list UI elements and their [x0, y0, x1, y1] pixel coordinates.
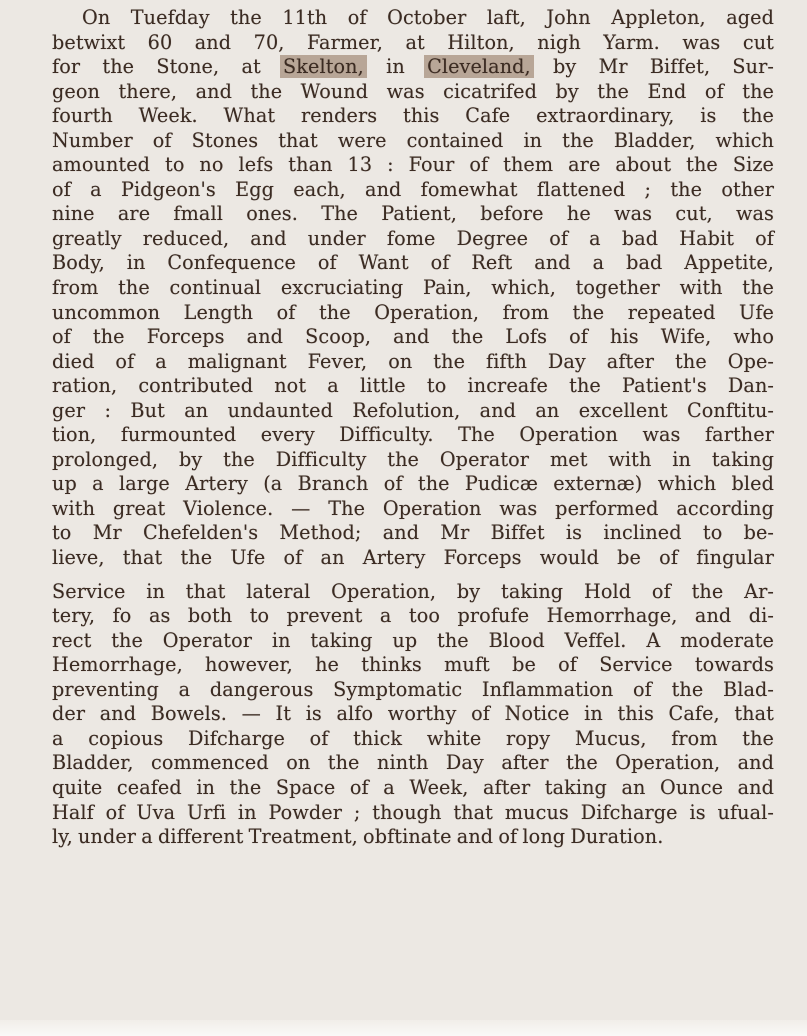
text-line: rect the Operator in taking up the Blood…: [52, 629, 774, 654]
text-line: geon there, and the Wound was cicatrifed…: [52, 80, 774, 105]
text-segment: for the Stone, at: [52, 55, 283, 78]
article-body: On Tuefday the 11th of October laft, Joh…: [52, 6, 774, 850]
text-line: Number of Stones that were contained in …: [52, 129, 774, 154]
text-line: Bladder, commenced on the ninth Day afte…: [52, 751, 774, 776]
text-line: nine are fmall ones. The Patient, before…: [52, 202, 774, 227]
text-line: quite ceafed in the Space of a Week, aft…: [52, 776, 774, 801]
text-line: tion, furmounted every Difficulty. The O…: [52, 423, 774, 448]
text-line: with great Violence. — The Operation was…: [52, 497, 774, 522]
text-line: lieve, that the Ufe of an Artery Forceps…: [52, 546, 774, 571]
text-line: died of a malignant Fever, on the fifth …: [52, 350, 774, 375]
text-line: prolonged, by the Difficulty the Operato…: [52, 448, 774, 473]
text-line: Half of Uva Urfi in Powder ; though that…: [52, 801, 774, 826]
text-line: greatly reduced, and under fome Degree o…: [52, 227, 774, 252]
text-line: of the Forceps and Scoop, and the Lofs o…: [52, 325, 774, 350]
text-line: to Mr Chefelden's Method; and Mr Biffet …: [52, 521, 774, 546]
text-line-with-highlights: for the Stone, at Skelton, in Cleveland,…: [52, 55, 774, 80]
text-line: Body, in Confequence of Want of Reft and…: [52, 251, 774, 276]
text-line: uncommon Length of the Operation, from t…: [52, 301, 774, 326]
text-line: Hemorrhage, however, he thinks muft be o…: [52, 653, 774, 678]
text-line: fourth Week. What renders this Cafe extr…: [52, 104, 774, 129]
text-line: ration, contributed not a little to incr…: [52, 374, 774, 399]
text-segment: by Mr Biffet, Sur-: [531, 55, 774, 78]
newspaper-clipping: On Tuefday the 11th of October laft, Joh…: [0, 0, 807, 1020]
text-segment: in: [364, 55, 427, 78]
text-line: preventing a dangerous Symptomatic Infla…: [52, 678, 774, 703]
text-line: ger : But an undaunted Refolution, and a…: [52, 399, 774, 424]
text-line: from the continual excruciating Pain, wh…: [52, 276, 774, 301]
text-line: Service in that lateral Operation, by ta…: [52, 580, 774, 605]
text-line: amounted to no lefs than 13 : Four of th…: [52, 153, 774, 178]
text-line: der and Bowels. — It is alfo worthy of N…: [52, 702, 774, 727]
text-line: betwixt 60 and 70, Farmer, at Hilton, ni…: [52, 31, 774, 56]
text-line: a copious Difcharge of thick white ropy …: [52, 727, 774, 752]
text-line: tery, fo as both to prevent a too profuf…: [52, 604, 774, 629]
text-line: ly, under a different Treatment, obftina…: [52, 825, 774, 850]
text-line: up a large Artery (a Branch of the Pudic…: [52, 472, 774, 497]
text-line: On Tuefday the 11th of October laft, Joh…: [52, 6, 774, 31]
highlighted-term-cleveland: Cleveland,: [424, 55, 534, 78]
highlighted-term-skelton: Skelton,: [280, 55, 367, 78]
text-line: of a Pidgeon's Egg each, and fomewhat fl…: [52, 178, 774, 203]
